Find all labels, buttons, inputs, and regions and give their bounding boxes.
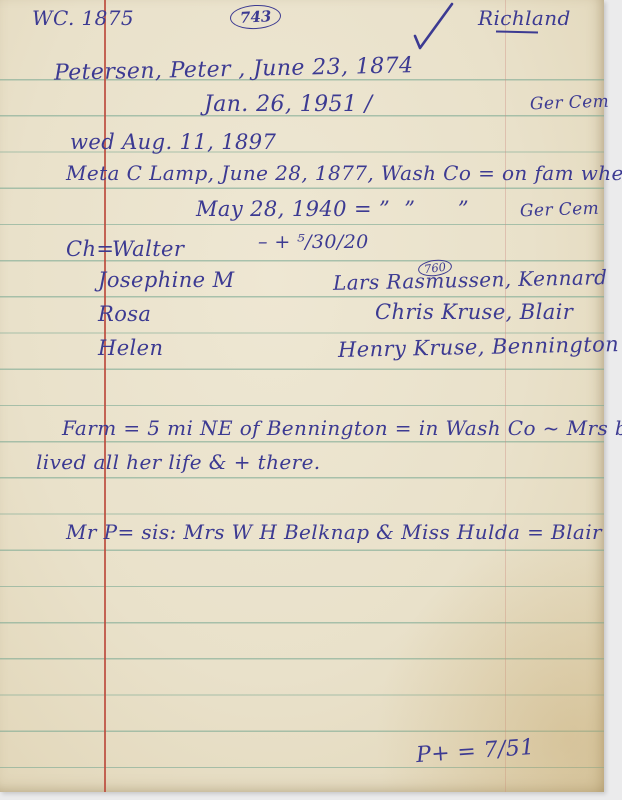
faint-fold-line <box>505 0 506 792</box>
child-name: Josephine M <box>98 269 234 291</box>
child-name: Rosa <box>98 303 151 325</box>
checkmark-icon <box>406 0 462 54</box>
wife-death-date: May 28, 1940 = ” ” ” <box>196 198 469 220</box>
relatives-note: Mr P= sis: Mrs W H Belknap & Miss Hulda … <box>66 522 602 543</box>
page-number-circle: 743 <box>229 4 281 31</box>
district-underline <box>496 30 538 33</box>
district-name: Richland <box>478 8 571 29</box>
child-spouse: Lars Rasmussen, Kennard <box>333 267 608 294</box>
page-number: 743 <box>240 7 272 27</box>
child-name: Walter <box>112 238 184 260</box>
child-spouse: Henry Kruse, Bennington <box>338 333 619 361</box>
child-spouse: Chris Kruse, Blair <box>375 301 573 323</box>
marriage-date: wed Aug. 11, 1897 <box>70 131 276 153</box>
wife-name-birth: Meta C Lamp, June 28, 1877, Wash Co = on… <box>66 163 622 184</box>
scanned-document: WC. 1875 743 Richland Petersen, Peter , … <box>0 0 622 800</box>
farm-note-line2: lived all her life & + there. <box>36 452 321 473</box>
child-name: Helen <box>98 337 163 359</box>
child-death-note: – + ⁵/30/20 <box>258 233 369 253</box>
husband-cemetery: Ger Cem <box>530 94 610 115</box>
reference-number: 760 <box>423 260 446 277</box>
farm-note-line1: Farm = 5 mi NE of Bennington = in Wash C… <box>62 418 622 439</box>
red-margin-line <box>104 0 106 792</box>
husband-death-date: Jan. 26, 1951 / <box>204 93 372 116</box>
wc-code: WC. 1875 <box>32 8 134 29</box>
wife-cemetery: Ger Cem <box>520 201 600 222</box>
children-label: Ch= <box>66 238 114 260</box>
ledger-page: WC. 1875 743 Richland Petersen, Peter , … <box>0 0 604 792</box>
